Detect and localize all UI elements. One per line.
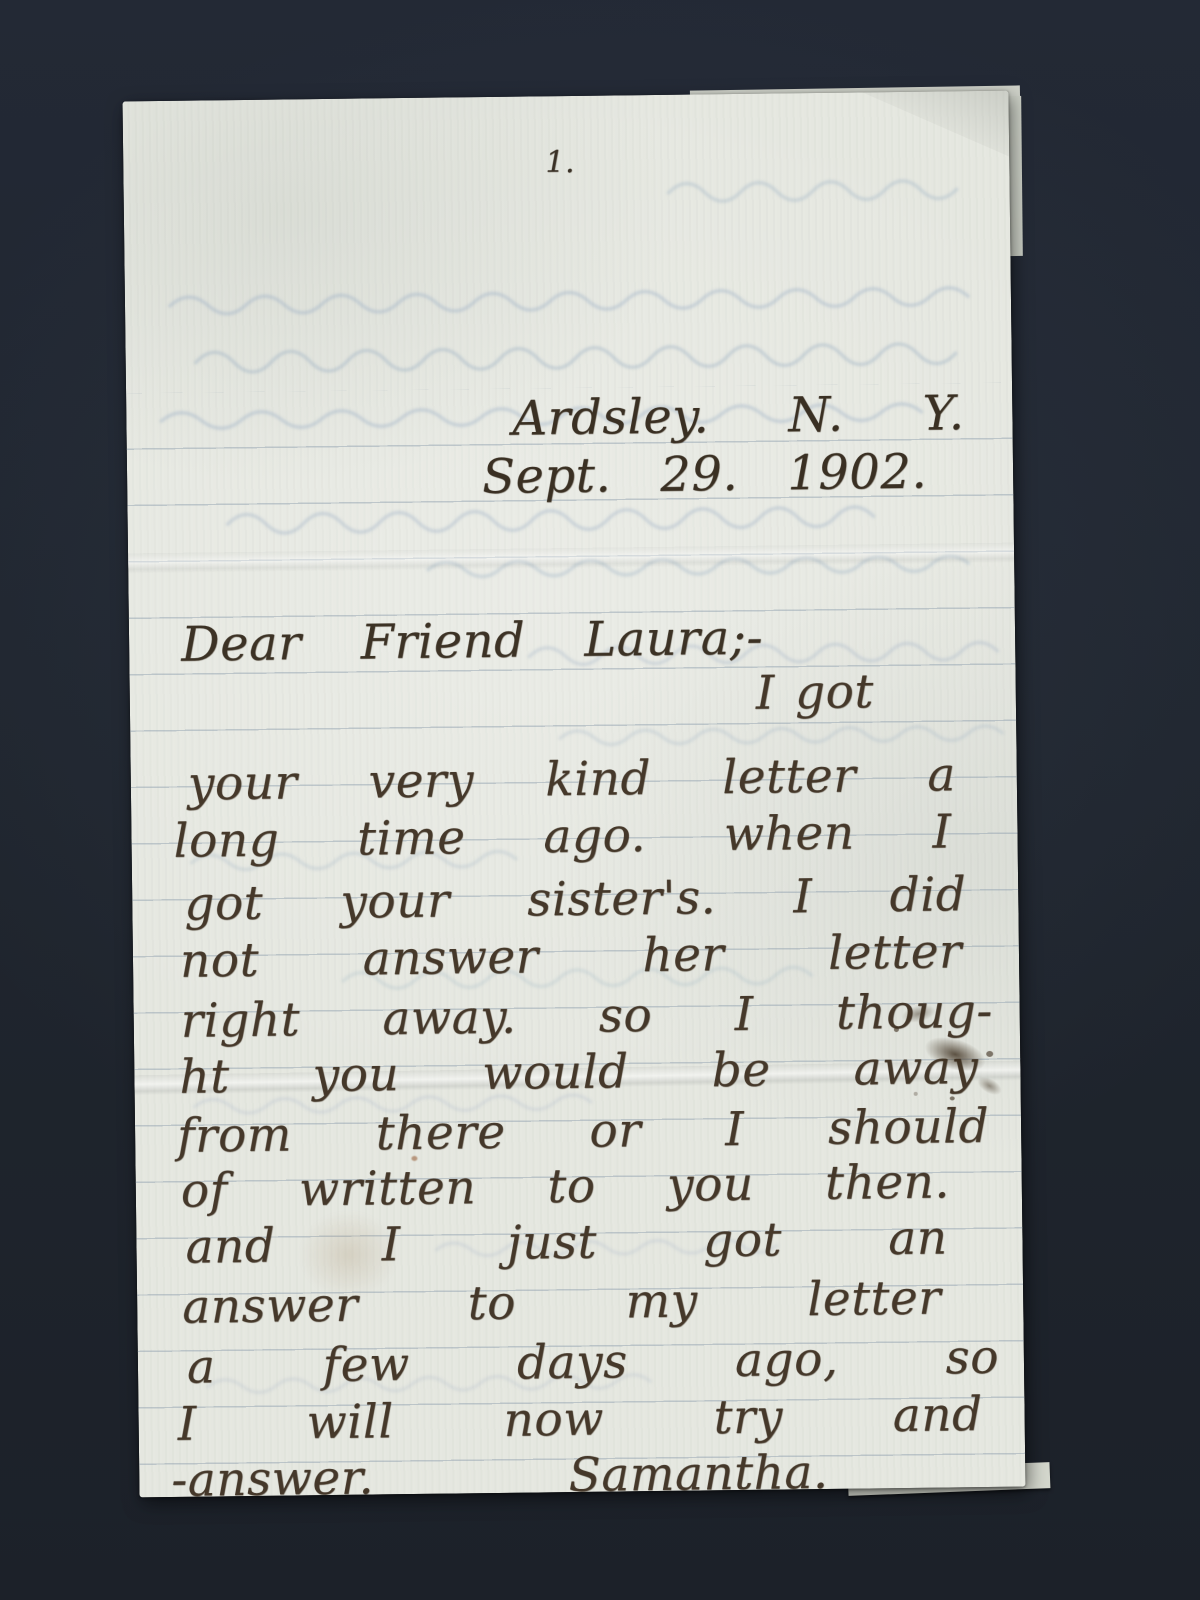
ink-speck bbox=[914, 1092, 918, 1096]
handwritten-line: ht you would be away bbox=[179, 1044, 979, 1101]
ink-speck bbox=[986, 1051, 993, 1057]
heading-date: Sept. 29. 1902. bbox=[482, 448, 928, 501]
handwritten-line: I will now try and bbox=[177, 1391, 983, 1448]
handwritten-line: your very kind letter a bbox=[188, 751, 957, 807]
handwritten-line: a few days ago, so bbox=[187, 1334, 1000, 1391]
letter-photograph: 1. Ardsley. N. Y. Sept. 29. 1902. Dear F… bbox=[0, 0, 1200, 1600]
handwritten-line: got your sister's. I did bbox=[184, 871, 967, 928]
page-number: 1. bbox=[545, 148, 575, 178]
handwritten-line: from there or I should bbox=[177, 1103, 990, 1160]
closing-signature-line: -answer. Samantha. bbox=[171, 1449, 829, 1504]
heading-place: Ardsley. N. Y. bbox=[512, 389, 965, 443]
handwritten-line: answer to my letter bbox=[182, 1275, 942, 1331]
ink-speck bbox=[950, 1096, 955, 1100]
handwritten-line: and I just got an bbox=[185, 1214, 948, 1270]
handwritten-line: of written to you then. bbox=[181, 1158, 951, 1214]
handwritten-line-opening: I got bbox=[755, 668, 874, 716]
handwritten-line: right away. so I thoug- bbox=[180, 988, 993, 1045]
handwritten-line: not answer her letter bbox=[180, 928, 963, 985]
handwritten-line: long time ago. when I bbox=[173, 808, 952, 865]
ink-speck bbox=[894, 1027, 899, 1032]
letter-page: 1. Ardsley. N. Y. Sept. 29. 1902. Dear F… bbox=[123, 91, 1026, 1498]
salutation: Dear Friend Laura;- bbox=[181, 614, 764, 669]
